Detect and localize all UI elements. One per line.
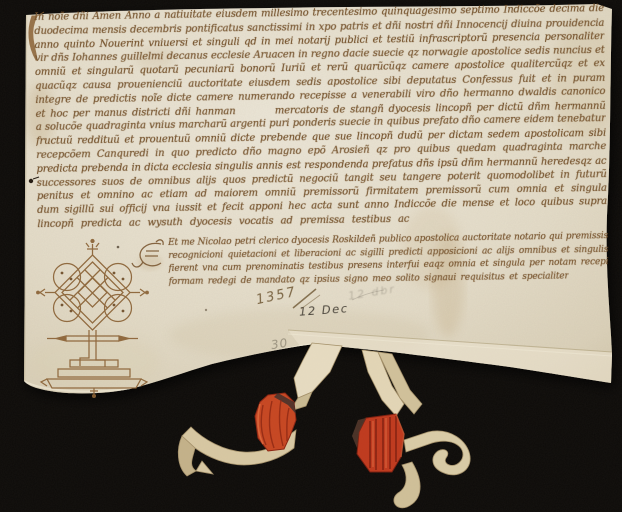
photograph-of-charter: In noĩe dñi Amen Anno a natiuitate eiusd… <box>0 0 622 512</box>
parchment-hole <box>29 179 33 183</box>
subscription-block: Et me Nicolao petri clerico dyocesis Ros… <box>168 230 609 289</box>
pencil-number-annotation: 30 <box>270 336 289 353</box>
main-text-block: In noĩe dñi Amen Anno a natiuitate eiusd… <box>34 2 607 232</box>
